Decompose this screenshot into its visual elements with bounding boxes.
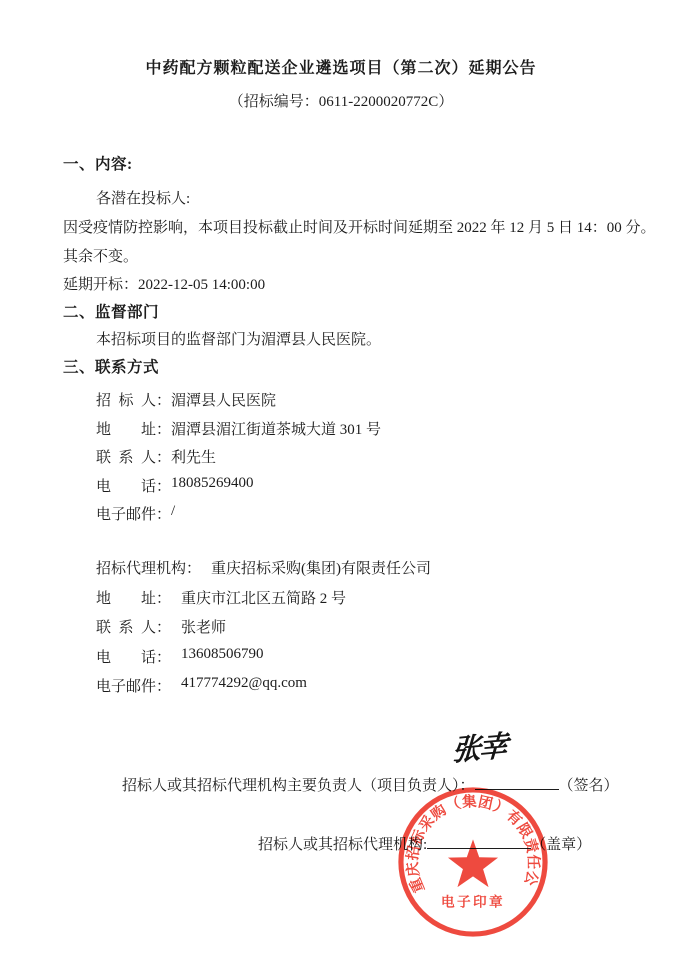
bidder-row: 联 系 人：利先生 bbox=[96, 446, 642, 475]
tender-number: （招标编号：0611-2200020772C） bbox=[0, 94, 682, 111]
handwritten-signature: 张幸 bbox=[451, 723, 507, 769]
agency-email-value: 417774292@qq.com bbox=[171, 675, 307, 692]
salutation: 各潜在投标人: bbox=[96, 191, 190, 208]
agency-row: 联 系 人：张老师 bbox=[96, 616, 642, 646]
bidder-label: 招 标 人： bbox=[96, 389, 171, 410]
company-seal: 重庆招标采购（集团）有限责任公司 电子印章 bbox=[392, 781, 554, 943]
email-value: / bbox=[171, 503, 175, 520]
supervision-body: 本招标项目的监督部门为湄潭县人民医院。 bbox=[96, 332, 381, 349]
phone-value: 18085269400 bbox=[171, 475, 254, 492]
phone-label: 电 话： bbox=[96, 475, 171, 496]
agency-row: 地 址：重庆市江北区五简路 2 号 bbox=[96, 587, 642, 617]
contact-value: 利先生 bbox=[171, 446, 216, 467]
bidder-row: 招 标 人：湄潭县人民医院 bbox=[96, 389, 642, 418]
bidder-contact-block: 招 标 人：湄潭县人民医院 地 址：湄潭县湄江街道茶城大道 301 号 联 系 … bbox=[96, 389, 642, 532]
document-page: 中药配方颗粒配送企业遴选项目（第二次）延期公告 （招标编号：0611-22000… bbox=[0, 0, 682, 970]
red-star-icon bbox=[448, 839, 498, 887]
agency-email-label: 电子邮件： bbox=[96, 675, 171, 696]
section3-heading: 三、联系方式 bbox=[63, 359, 159, 376]
agency-value: 重庆招标采购(集团)有限责任公司 bbox=[201, 557, 431, 578]
bidder-row: 电子邮件：/ bbox=[96, 503, 642, 532]
agency-phone-value: 13608506790 bbox=[171, 646, 264, 663]
seal-center-text: 电子印章 bbox=[441, 893, 505, 909]
agency-address-value: 重庆市江北区五简路 2 号 bbox=[171, 587, 346, 608]
signature-suffix: （签名） bbox=[559, 778, 619, 794]
address-value: 湄潭县湄江街道茶城大道 301 号 bbox=[171, 418, 381, 439]
company-seal-graphic: 重庆招标采购（集团）有限责任公司 电子印章 bbox=[392, 781, 554, 943]
agency-row: 招标代理机构：重庆招标采购(集团)有限责任公司 bbox=[96, 557, 642, 587]
document-title: 中药配方颗粒配送企业遴选项目（第二次）延期公告 bbox=[0, 60, 682, 77]
section2-heading: 二、监督部门 bbox=[63, 304, 159, 321]
unchanged-note: 其余不变。 bbox=[63, 249, 138, 266]
agency-contact-label: 联 系 人： bbox=[96, 616, 171, 637]
agency-row: 电子邮件：417774292@qq.com bbox=[96, 675, 642, 705]
agency-label: 招标代理机构： bbox=[96, 557, 201, 578]
address-label: 地 址： bbox=[96, 418, 171, 439]
bidder-row: 地 址：湄潭县湄江街道茶城大道 301 号 bbox=[96, 418, 642, 447]
agency-row: 电 话：13608506790 bbox=[96, 646, 642, 676]
contact-label: 联 系 人： bbox=[96, 446, 171, 467]
agency-address-label: 地 址： bbox=[96, 587, 171, 608]
section1-heading: 一、内容: bbox=[63, 156, 133, 173]
email-label: 电子邮件： bbox=[96, 503, 171, 524]
agency-phone-label: 电 话： bbox=[96, 646, 171, 667]
postpone-datetime: 延期开标：2022-12-05 14:00:00 bbox=[63, 277, 265, 294]
agency-contact-value: 张老师 bbox=[171, 616, 226, 637]
postpone-paragraph: 因受疫情防控影响，本项目投标截止时间及开标时间延期至 2022 年 12 月 5… bbox=[63, 220, 656, 237]
bidder-value: 湄潭县人民医院 bbox=[171, 389, 276, 410]
bidder-row: 电 话：18085269400 bbox=[96, 475, 642, 504]
agency-contact-block: 招标代理机构：重庆招标采购(集团)有限责任公司 地 址：重庆市江北区五简路 2 … bbox=[96, 557, 642, 705]
